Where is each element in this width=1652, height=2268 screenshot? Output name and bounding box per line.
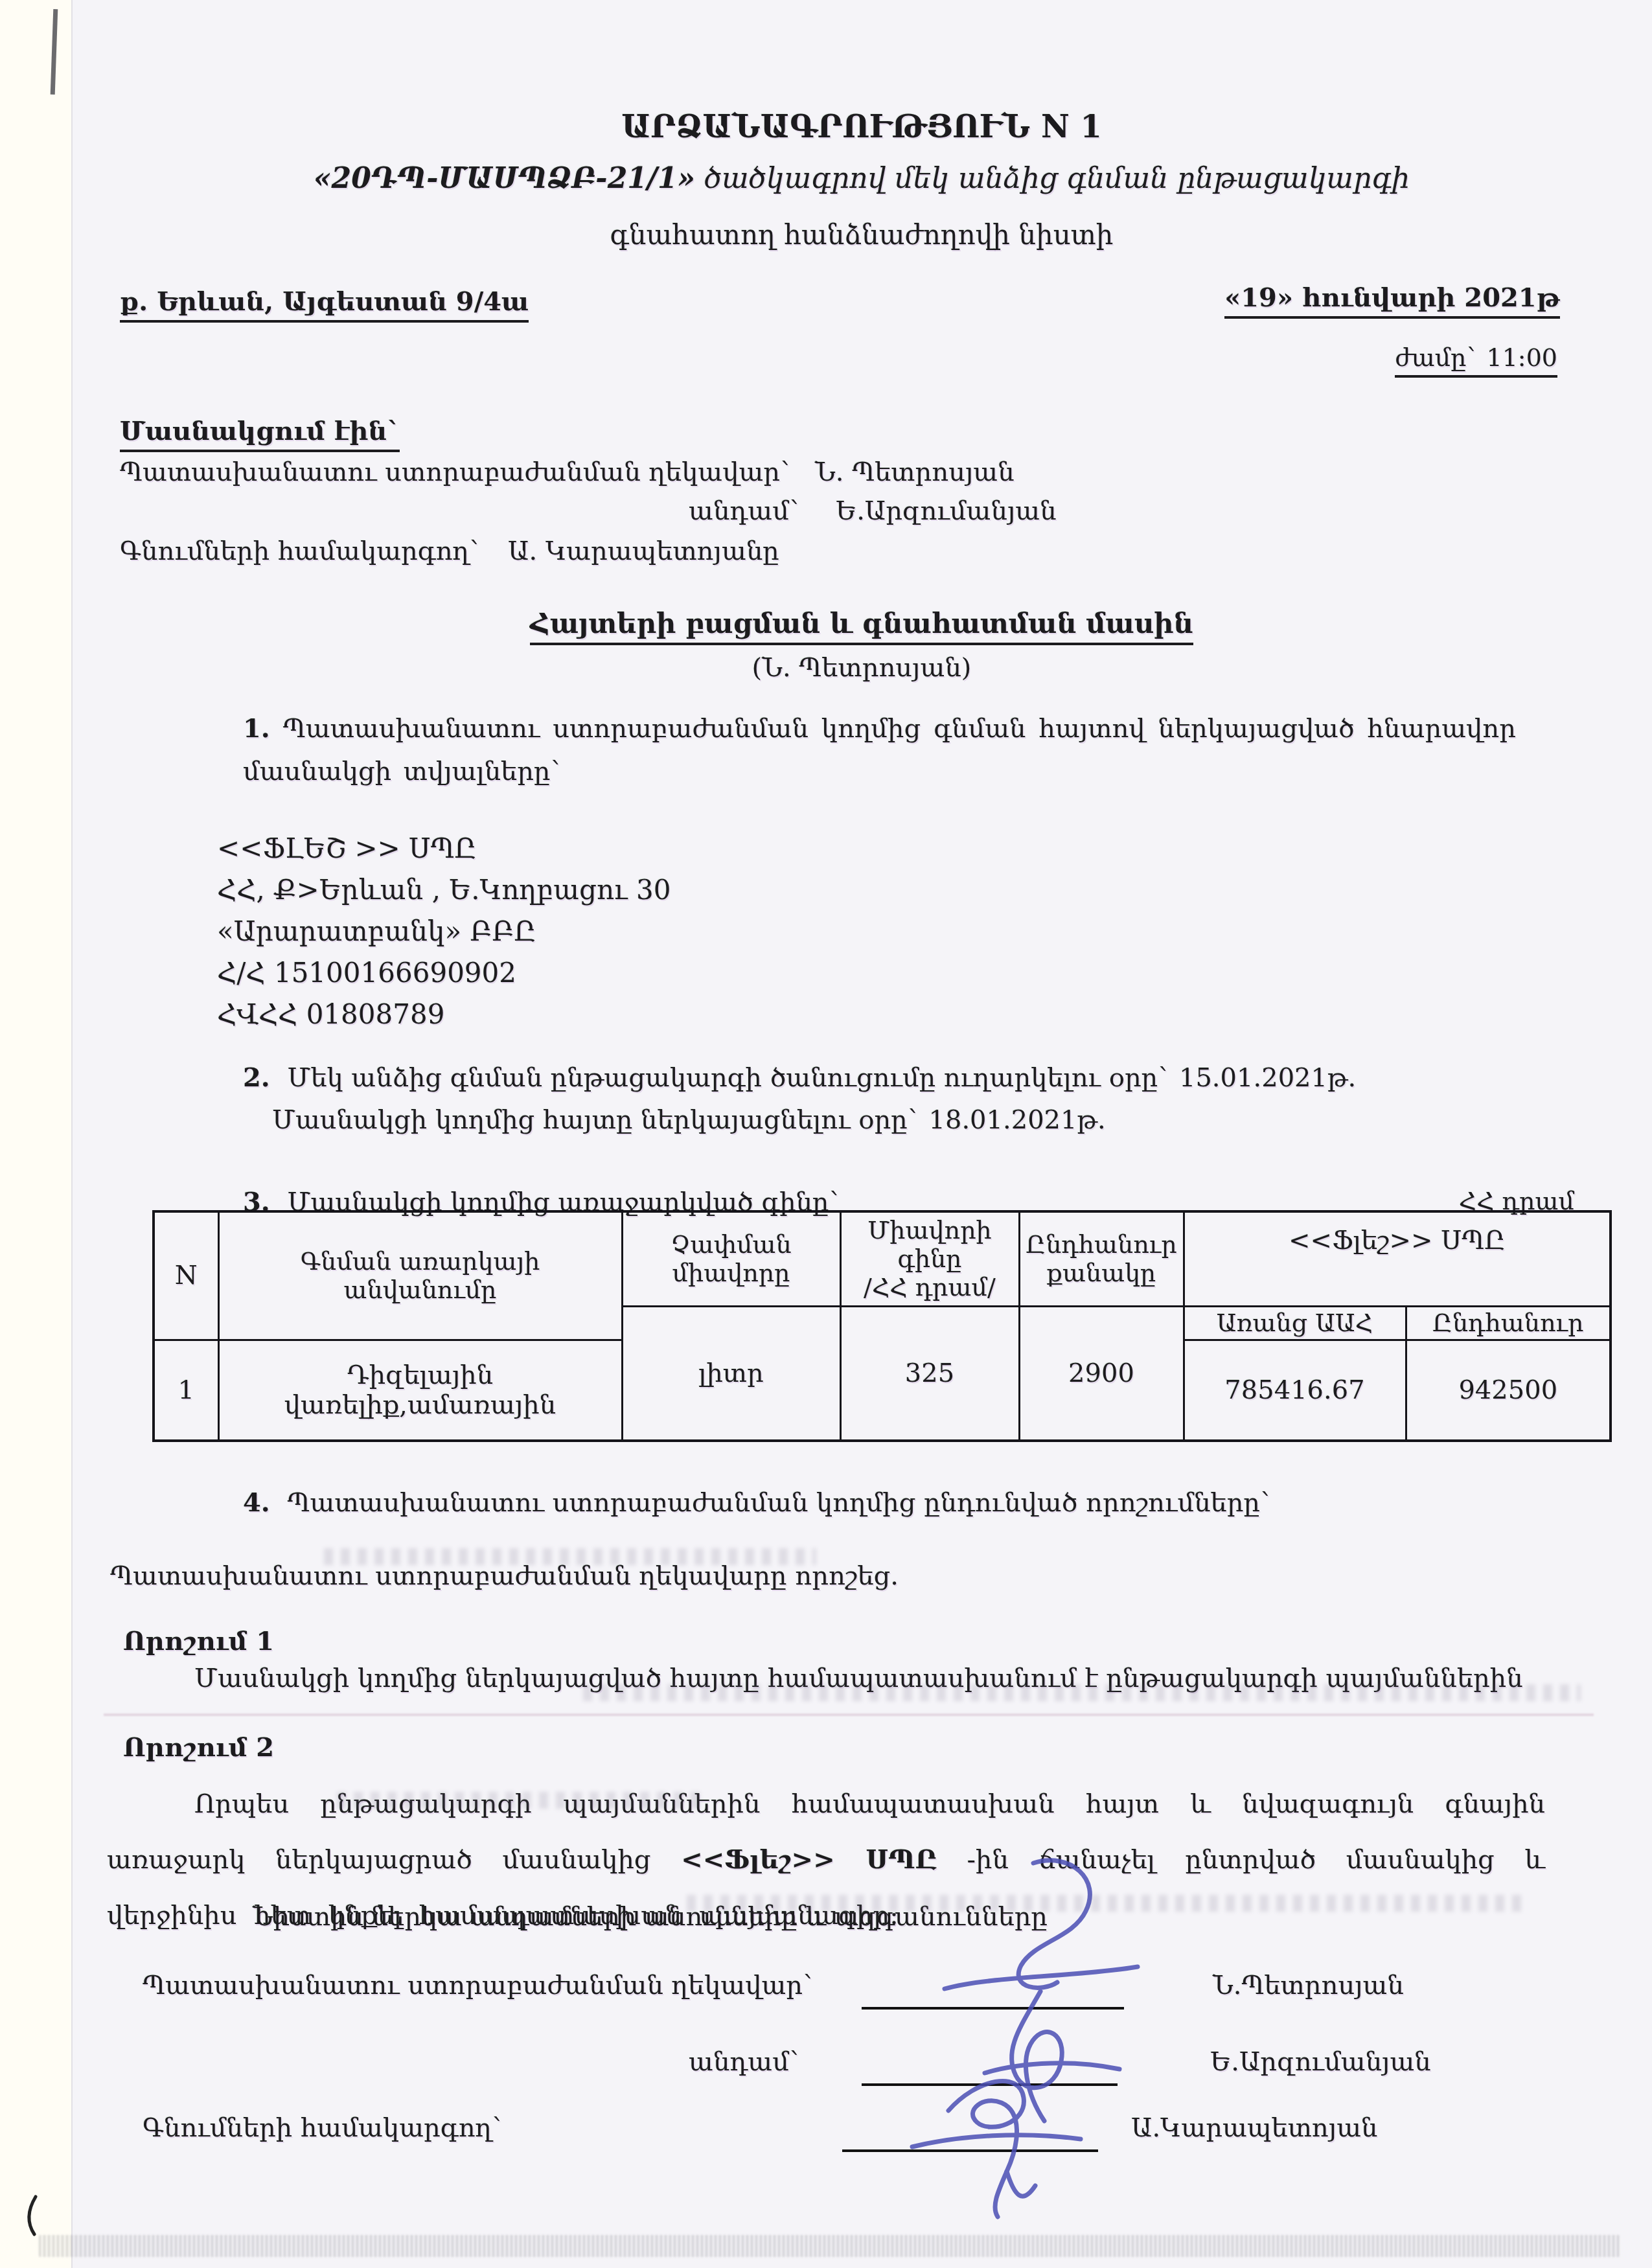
signature-role-2: անդամ`: [689, 2047, 802, 2077]
meeting-location: ք. Երևան, Այգեստան 9/4ա: [120, 286, 529, 317]
supplier-account: Հ/Հ 15100166690902: [217, 952, 671, 994]
supplier-name: <<ՖԼԵՇ >> ՍՊԸ: [217, 828, 671, 869]
bleed-through-artifact: [687, 1895, 1529, 1912]
price-table: N Գնման առարկայի անվանումը Չափման միավոր…: [152, 1210, 1612, 1442]
bleed-through-artifact: [583, 1684, 1581, 1701]
signature-role-1: Պատասխանատու ստորաբաժանման ղեկավար`: [143, 1971, 816, 2000]
page-edge-line: [71, 0, 73, 2268]
pen-mark-artifact: [16, 2193, 49, 2238]
cell-unit: լիտր: [622, 1306, 840, 1441]
col-header-without-vat: Առանց ԱԱՀ: [1184, 1306, 1406, 1340]
participant-name-2: Ե.Արզումանյան: [836, 496, 1057, 526]
document-subtitle-line2: գնահատող հանձնաժողովի նիստի: [71, 219, 1652, 251]
scan-noise-band: [39, 2235, 1620, 2257]
item-4-number: 4.: [243, 1487, 270, 1518]
document-title: ԱՐՁԱՆԱԳՐՈՒԹՅՈՒՆ N 1: [71, 109, 1652, 145]
item-1-number: 1.: [243, 713, 270, 744]
bleed-through-artifact: [337, 1792, 700, 1809]
signature-role-3: Գնումների համակարգող`: [143, 2113, 505, 2143]
cell-item-name: Դիզելային վառելիք,ամառային: [218, 1340, 622, 1441]
cell-unit-price: 325: [840, 1306, 1019, 1441]
scanned-document-page: ԱՐՁԱՆԱԳՐՈՒԹՅՈՒՆ N 1 «20ԴՊ-ՄԱՍՊՁԲ-21/1» ծ…: [0, 0, 1652, 2268]
col-header-quantity: Ընդհանուր քանակը: [1019, 1211, 1184, 1306]
signature-name-1: Ն.Պետրոսյան: [1213, 1971, 1404, 2000]
col-header-unit: Չափման միավորը: [622, 1211, 840, 1306]
supplier-bank: «Արարատբանկ» ԲԲԸ: [217, 911, 671, 952]
bleed-through-rule: [104, 1713, 1594, 1716]
col-header-item: Գնման առարկայի անվանումը: [218, 1211, 622, 1340]
handwritten-signature-2: [886, 2032, 1107, 2226]
signature-name-2: Ե.Արզումանյան: [1210, 2047, 1431, 2077]
participant-row-2: անդամ`Ե.Արզումանյան: [689, 496, 1057, 526]
subject-presenter: (Ն. Պետրոսյան): [71, 653, 1652, 683]
col-header-number: N: [154, 1211, 218, 1340]
cell-quantity: 2900: [1019, 1306, 1184, 1441]
participant-name-1: Ն. Պետրոսյան: [815, 457, 1015, 487]
cell-without-vat: 785416.67: [1184, 1340, 1406, 1441]
subtitle-text: ծածկագրով մեկ անձից գնման ընթացակարգի: [695, 162, 1410, 195]
item-4: 4. Պատասխանատու ստորաբաժանման կողմից ընդ…: [243, 1487, 1273, 1518]
participant-role-2: անդամ`: [689, 496, 802, 526]
item-1-text: Պատասխանատու ստորաբաժանման կողմից գնման …: [243, 714, 1516, 786]
col-header-unit-price: Միավորի գինը /ՀՀ դրամ/: [840, 1211, 1019, 1306]
cell-total: 942500: [1406, 1340, 1611, 1441]
item-2-line2: Մասնակցի կողմից հայտը ներկայացնելու օրը`…: [272, 1105, 1106, 1135]
scan-margin-strip: [0, 0, 71, 2268]
supplier-address: ՀՀ, Ք>Երևան , Ե.Կողբացու 30: [217, 869, 671, 911]
meeting-time: ժամը` 11:00: [1395, 343, 1557, 372]
document-subtitle: «20ԴՊ-ՄԱՍՊՁԲ-21/1» ծածկագրով մեկ անձից գ…: [71, 162, 1652, 195]
subject-title: Հայտերի բացման և գնահատման մասին: [71, 608, 1652, 639]
decision-2-title: Որոշում 2: [123, 1732, 274, 1763]
decision-1-title: Որոշում 1: [123, 1626, 274, 1656]
bleed-through-artifact: [324, 1548, 816, 1565]
supplier-details: <<ՖԼԵՇ >> ՍՊԸ ՀՀ, Ք>Երևան , Ե.Կողբացու 3…: [217, 828, 671, 1035]
cell-row-number: 1: [154, 1340, 218, 1441]
selected-supplier: <<Ֆլեշ>> ՍՊԸ: [681, 1844, 937, 1875]
participants-heading: Մասնակցում էին`: [120, 416, 400, 446]
col-header-total: Ընդհանուր: [1406, 1306, 1611, 1340]
supplier-tax-id: ՀՎՀՀ 01808789: [217, 994, 671, 1035]
participant-name-3: Ա. Կարապետոյանը: [508, 536, 779, 566]
item-2-number: 2.: [243, 1062, 270, 1093]
item-1: 1. Պատասխանատու ստորաբաժանման կողմից գնմ…: [243, 707, 1516, 793]
item-2-line1: 2. Մեկ անձից գնման ընթացակարգի ծանուցում…: [243, 1062, 1356, 1093]
meeting-date: «19» հունվարի 2021թ: [1224, 282, 1560, 313]
participant-role-1: Պատասխանատու ստորաբաժանման ղեկավար`: [120, 457, 793, 487]
procurement-code: «20ԴՊ-ՄԱՍՊՁԲ-21/1»: [314, 162, 695, 195]
col-header-supplier: <<Ֆլեշ>> ՍՊԸ: [1184, 1211, 1611, 1306]
participant-role-3: Գնումների համակարգող`: [120, 536, 482, 566]
decision-intro: Պատասխանատու ստորաբաժանման ղեկավարը որոշ…: [110, 1561, 899, 1591]
participant-row-3: Գնումների համակարգող`Ա. Կարապետոյանը: [120, 536, 779, 566]
